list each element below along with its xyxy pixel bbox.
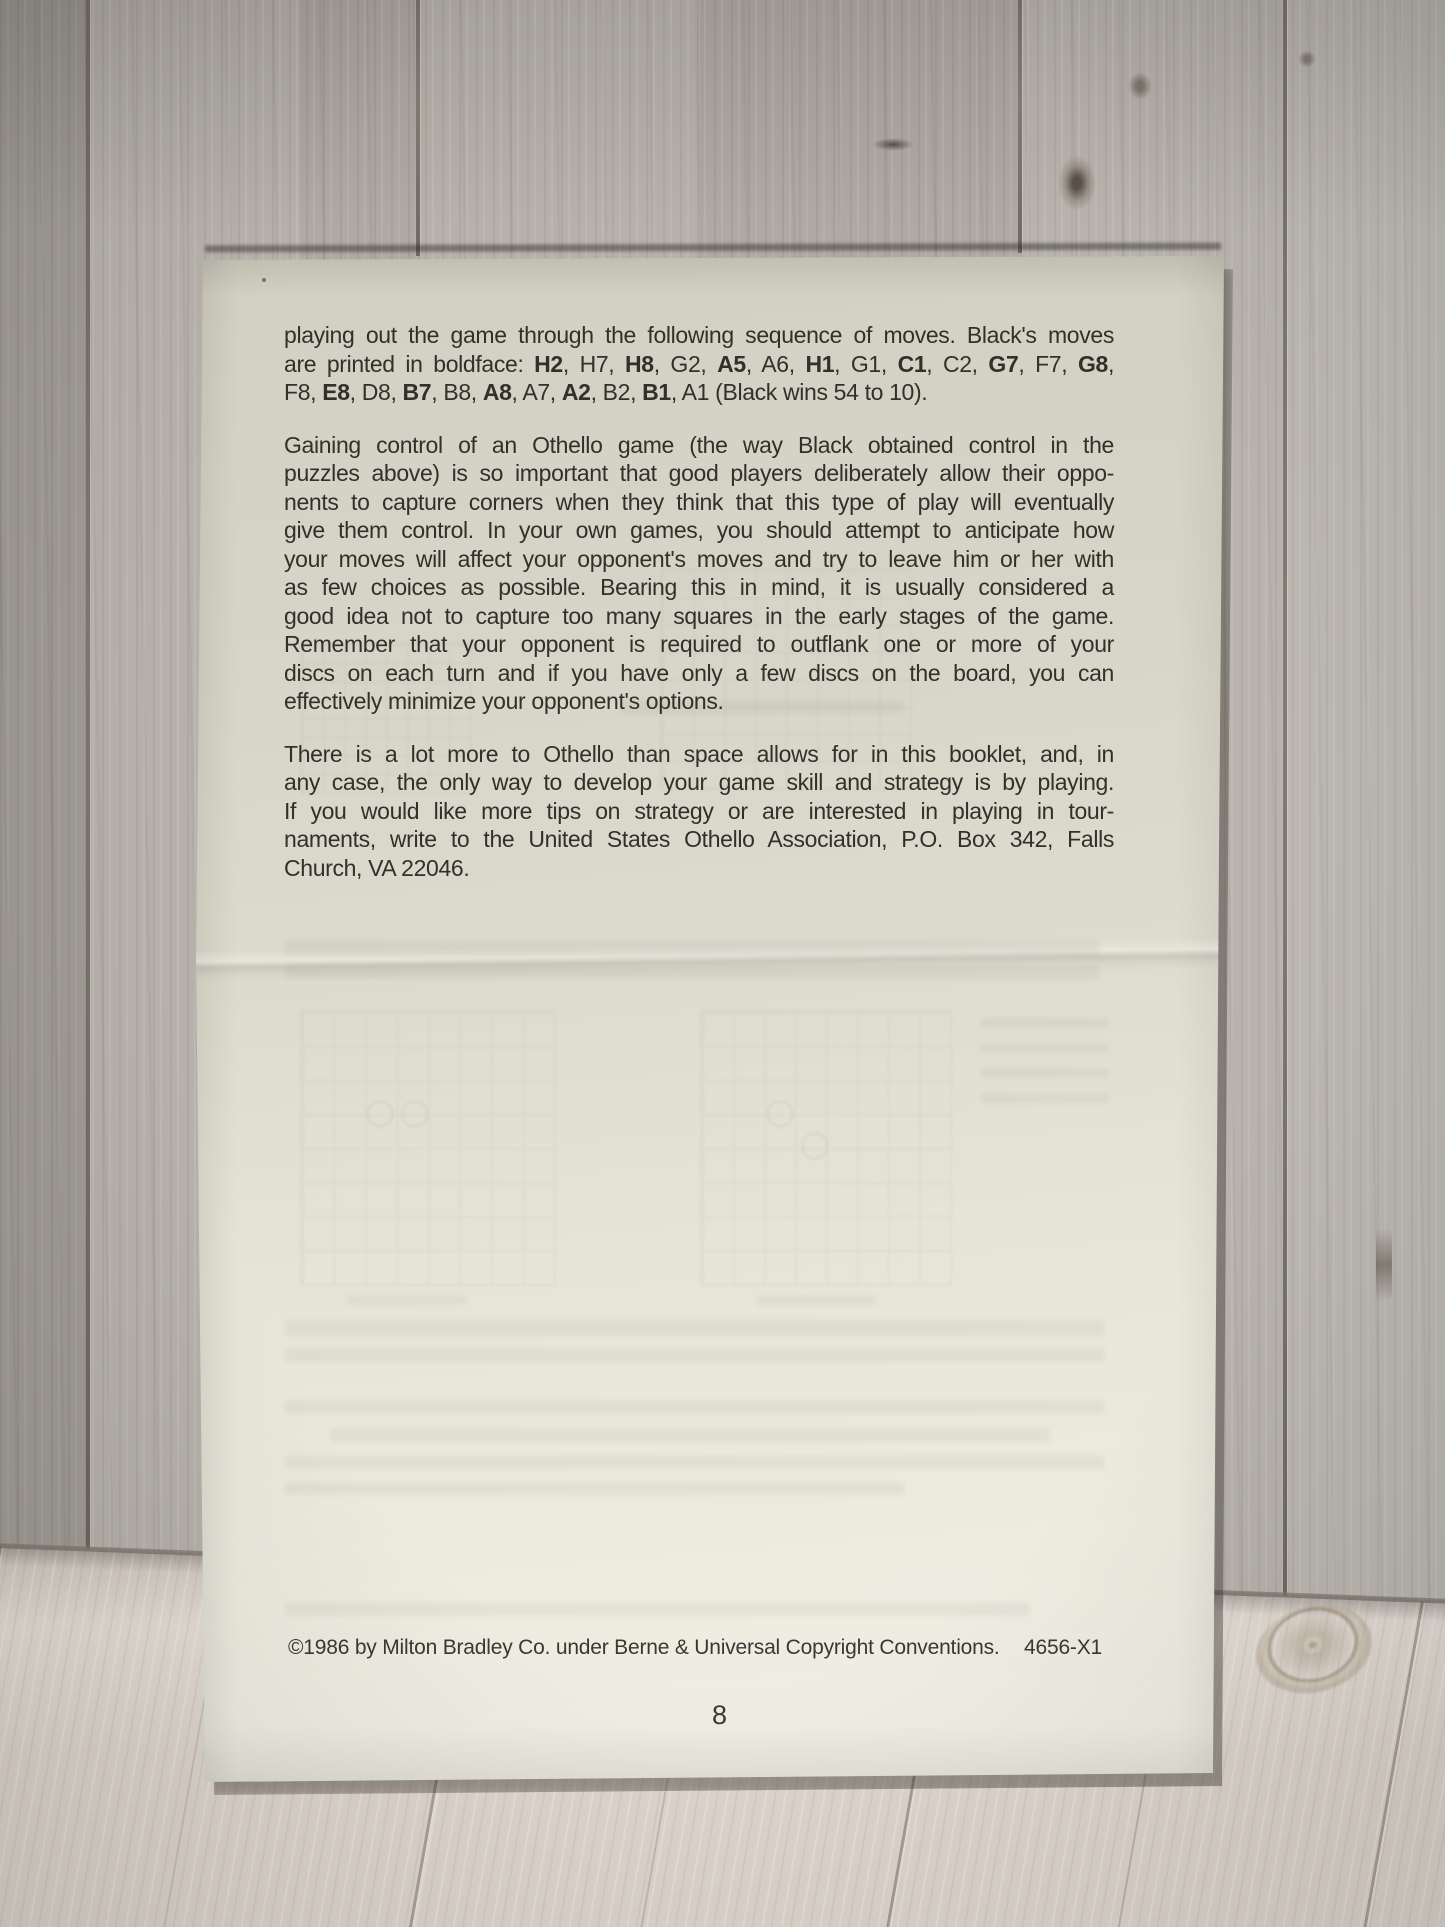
wood-knot [1376, 1228, 1392, 1302]
bold-move-label: A5 [717, 351, 746, 377]
bold-move-label: H2 [534, 351, 563, 377]
text-line: Gaining control of an Othello game (the … [284, 431, 1114, 460]
ghost-disc [766, 1100, 794, 1128]
text-segment: , B8, [431, 379, 483, 405]
text-line: your moves will affect your opponent's m… [284, 545, 1114, 574]
footer-row: ©1986 by Milton Bradley Co. under Berne … [288, 1636, 1102, 1660]
bold-move-label: G7 [988, 351, 1018, 377]
text-segment: , A7, [512, 379, 562, 405]
text-segment: , G1, [834, 351, 897, 377]
text-line: Church, VA 22046. [284, 854, 1114, 883]
text-line: Remember that your opponent is required … [284, 630, 1114, 659]
text-segment: F8, [284, 379, 322, 405]
text-line: as few choices as possible. Bearing this… [284, 573, 1114, 602]
text-segment: , G2, [654, 351, 717, 377]
ghost-text-line [285, 1455, 1105, 1469]
text-line: nents to capture corners when they think… [284, 488, 1114, 517]
bold-move-label: H8 [625, 351, 654, 377]
bold-move-label: A8 [483, 379, 512, 405]
text-column: playing out the game through the followi… [284, 321, 1114, 906]
text-line: If you would like more tips on strategy … [284, 797, 1114, 826]
text-segment: If you would like more tips on strategy … [284, 798, 1114, 824]
ghost-board-grid [300, 1010, 556, 1286]
ghost-text-line [285, 1400, 1105, 1414]
ghost-text-line [980, 1068, 1110, 1078]
text-segment: , B2, [591, 379, 643, 405]
text-segment: There is a lot more to Othello than spac… [284, 741, 1114, 767]
text-segment: are printed in boldface: [284, 351, 534, 377]
wall-plank-seam [416, 0, 420, 256]
wall-plank-seam [1283, 0, 1287, 1600]
bold-move-label: C1 [898, 351, 927, 377]
page-number: 8 [712, 1700, 727, 1731]
text-line: give them control. In your own games, yo… [284, 516, 1114, 545]
ghost-text-line [980, 1093, 1110, 1103]
wood-knot [1298, 50, 1316, 68]
ghost-text-line [285, 1482, 905, 1495]
ghost-disc [401, 1100, 429, 1128]
text-segment: nents to capture corners when they think… [284, 489, 1114, 515]
text-segment: discs on each turn and if you have only … [284, 660, 1114, 686]
text-segment: your moves will affect your opponent's m… [284, 546, 1114, 572]
text-segment: good idea not to capture too many square… [284, 603, 1114, 629]
text-segment: Church, VA 22046. [284, 855, 469, 881]
text-segment: , C2, [926, 351, 988, 377]
text-segment: , F7, [1018, 351, 1078, 377]
bold-move-label: B7 [403, 379, 432, 405]
wood-knot [1128, 72, 1152, 100]
ghost-text-line [285, 940, 1100, 956]
product-code: 4656-X1 [1024, 1636, 1102, 1660]
text-line: There is a lot more to Othello than spac… [284, 740, 1114, 769]
copyright-text: ©1986 by Milton Bradley Co. under Berne … [288, 1636, 1000, 1660]
ghost-text-line [285, 1602, 1030, 1616]
text-line: are printed in boldface: H2, H7, H8, G2,… [284, 350, 1114, 379]
text-segment: Gaining control of an Othello game (the … [284, 432, 1114, 458]
ghost-figure-caption [346, 1295, 466, 1305]
text-segment: give them control. In your own games, yo… [284, 517, 1114, 543]
ghost-text-line [285, 965, 1100, 979]
text-segment: effectively minimize your opponent's opt… [284, 688, 724, 714]
photo-scene: playing out the game through the followi… [0, 0, 1445, 1927]
bold-move-label: G8 [1078, 351, 1108, 377]
bold-move-label: B1 [642, 379, 671, 405]
paragraph-move-sequence: playing out the game through the followi… [284, 321, 1114, 407]
text-line: discs on each turn and if you have only … [284, 659, 1114, 688]
text-segment: Remember that your opponent is required … [284, 631, 1114, 657]
text-segment: any case, the only way to develop your g… [284, 769, 1114, 795]
text-segment: naments, write to the United States Othe… [284, 826, 1114, 852]
text-line: any case, the only way to develop your g… [284, 768, 1114, 797]
wood-knot [872, 138, 914, 151]
paragraph-strategy-advice: Gaining control of an Othello game (the … [284, 431, 1114, 716]
text-line: naments, write to the United States Othe… [284, 825, 1114, 854]
wall-plank-seam [1018, 0, 1022, 253]
paragraph-closing: There is a lot more to Othello than spac… [284, 740, 1114, 883]
ghost-text-line [285, 1320, 1105, 1336]
wall-plank-seam [86, 0, 90, 1552]
ghost-disc [366, 1100, 394, 1128]
text-line: puzzles above) is so important that good… [284, 459, 1114, 488]
text-line: effectively minimize your opponent's opt… [284, 687, 1114, 716]
text-segment: , H7, [563, 351, 625, 377]
text-segment: , D8, [350, 379, 403, 405]
ghost-text-line [980, 1043, 1110, 1053]
text-segment: , A6, [746, 351, 806, 377]
bold-move-label: A2 [562, 379, 591, 405]
bold-move-label: H1 [805, 351, 834, 377]
bold-move-label: E8 [322, 379, 349, 405]
paper-speck [262, 278, 266, 282]
text-segment: playing out the game through the followi… [284, 322, 1114, 348]
text-segment: puzzles above) is so important that good… [284, 460, 1114, 486]
ghost-figure-caption [756, 1295, 876, 1305]
booklet-page: playing out the game through the followi… [196, 250, 1228, 1786]
text-line: good idea not to capture too many square… [284, 602, 1114, 631]
text-segment: as few choices as possible. Bearing this… [284, 574, 1114, 600]
text-segment: , [1108, 351, 1114, 377]
wood-knot [1058, 156, 1096, 210]
ghost-text-line [330, 1428, 1050, 1442]
ghost-text-line [980, 1018, 1110, 1028]
ghost-text-line [285, 1348, 1105, 1362]
text-line: playing out the game through the followi… [284, 321, 1114, 350]
ghost-disc [801, 1132, 829, 1160]
text-line: F8, E8, D8, B7, B8, A8, A7, A2, B2, B1, … [284, 378, 1114, 407]
text-segment: , A1 (Black wins 54 to 10). [671, 379, 927, 405]
